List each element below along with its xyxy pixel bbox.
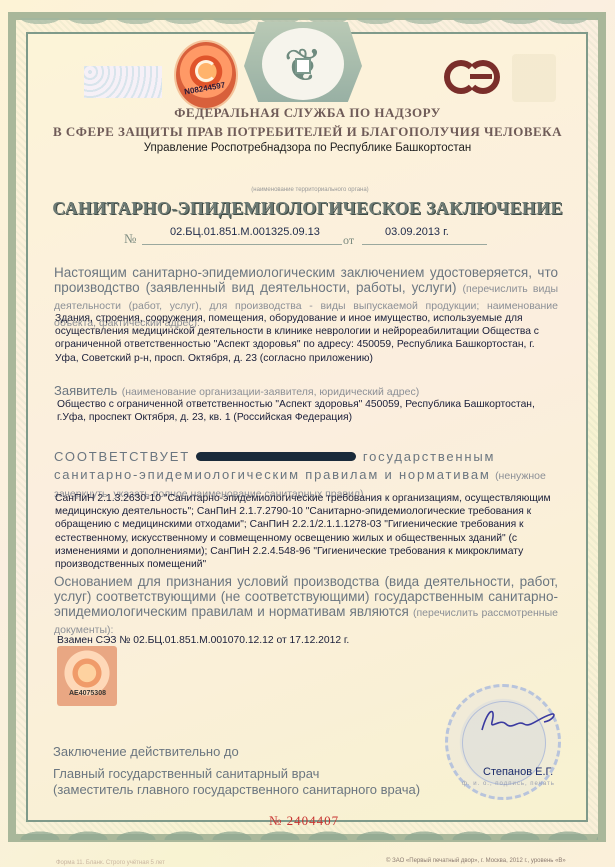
chief-doctor-line1: Главный государственный санитарный врач [53,766,420,782]
agency-subdivision: Управление Роспотребнадзора по Республик… [40,142,575,154]
struck-out-text [196,452,356,461]
watermark-icon [512,54,556,102]
chief-doctor-title: Главный государственный санитарный врач … [53,766,420,798]
hologram-strip [84,66,162,98]
document-subtitle: (наименование территориального органа) [240,187,380,193]
document-number-row: № 02.БЦ.01.851.М.001325.09.13 от 03.09.2… [0,226,615,246]
print-info-right: © ЗАО «Первый печатный двор», г. Москва,… [386,858,566,864]
sanitary-rules-list: СанПиН 2.1.3.2630-10 "Санитарно-эпидемио… [55,492,555,571]
date-underline [362,244,487,245]
form-serial-number: № 2404407 [269,813,339,829]
hologram-number: N08244597 [184,80,226,96]
applicant-label: Заявитель [54,383,117,398]
chief-doctor-line2: (заместитель главного государственного с… [53,782,420,798]
signer-name: Степанов Е.Г. [483,766,553,778]
agency-name-line2: В СФЕРЕ ЗАЩИТЫ ПРАВ ПОТРЕБИТЕЛЕЙ И БЛАГО… [40,124,575,140]
print-info-left: Форма 11. Бланк. Строго учётная 5 лет [56,860,165,866]
document-number: 02.БЦ.01.851.М.001325.09.13 [170,226,320,238]
signature-icon [478,704,558,736]
agency-name-line1: ФЕДЕРАЛЬНАЯ СЛУЖБА ПО НАДЗОРУ [40,105,575,121]
c-mark-icon [195,60,217,82]
validity-label: Заключение действительно до [53,744,239,759]
shield-icon [295,58,311,74]
applicant-value: Общество с ограниченной ответственностью… [57,398,557,424]
signer-caption: ф. и. о., подпись, печать [462,781,555,787]
applicant-hint: (наименование организации-заявителя, юри… [122,386,419,398]
hologram-sticker-icon: АЕ4075308 [57,646,117,706]
hologram-sticker-number: АЕ4075308 [69,690,106,697]
basis-value: Взамен СЭЗ № 02.БЦ.01.851.М.001070.12.12… [57,634,557,647]
hologram-seal-icon: N08244597 [176,42,236,108]
object-description: Здания, строения, сооружения, помещения,… [55,312,555,365]
basis-section: Основанием для признания условий произво… [54,574,558,638]
number-underline [142,244,342,245]
date-label: от [343,233,354,248]
document-title: САНИТАРНО-ЭПИДЕМИОЛОГИЧЕСКОЕ ЗАКЛЮЧЕНИЕ [40,198,575,219]
se-logo-icon [444,60,500,94]
coat-of-arms-icon: ❦ [276,36,330,94]
compliance-word: СООТВЕТСТВУЕТ [54,449,190,464]
number-label: № [124,231,136,247]
document-date: 03.09.2013 г. [385,226,449,238]
